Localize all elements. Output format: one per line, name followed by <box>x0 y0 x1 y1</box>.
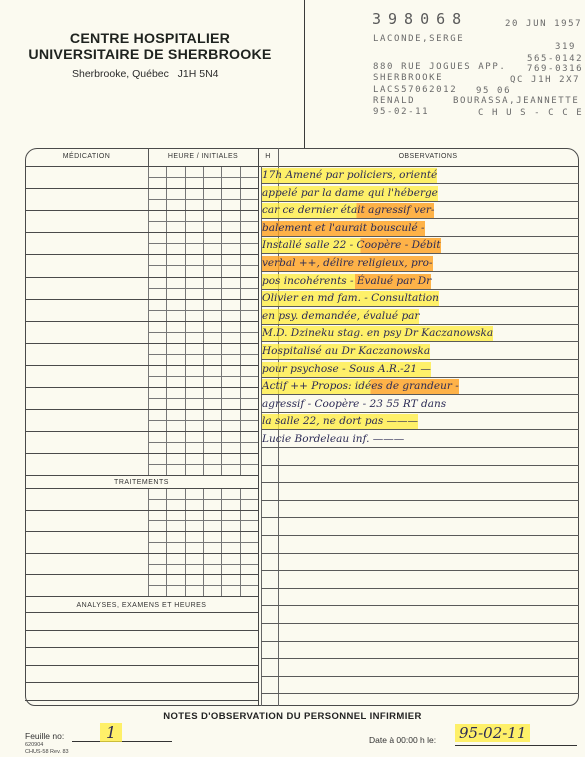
room-number: 319 <box>555 42 576 53</box>
analyses-row-line <box>25 647 258 648</box>
observation-line: en psy. demandée, évalué par <box>262 309 419 324</box>
ruled-line <box>261 183 579 184</box>
observation-line: Installé salle 22 - Coopère - Débit <box>262 238 441 253</box>
medication-row-line <box>25 553 258 554</box>
patient-city: SHERBROOKE <box>373 73 443 84</box>
medication-row-line <box>25 574 258 575</box>
sheet-number-label: Feuille no: <box>25 731 64 741</box>
analyses-row-line <box>25 630 258 631</box>
hour-subrow-line <box>148 354 258 355</box>
section-analyses: ANALYSES, EXAMENS ET HEURES <box>25 602 258 609</box>
institution-name: CENTRE HOSPITALIER UNIVERSITAIRE DE SHER… <box>20 31 280 63</box>
hour-subrow-line <box>148 420 258 421</box>
hour-subrow-line <box>148 177 258 178</box>
patient-province-postal: QC J1H 2X7 <box>510 75 580 86</box>
hour-subrow-line <box>148 542 258 543</box>
column-header-observations: OBSERVATIONS <box>278 153 578 160</box>
observation-line: balement et l'aurait bousculé - <box>262 221 425 236</box>
institution-line-1: CENTRE HOSPITALIER <box>20 31 280 47</box>
observation-line: car ce dernier était agressif ver- <box>262 203 434 218</box>
medication-row-line <box>25 387 258 388</box>
medication-row-line <box>25 475 258 476</box>
ruled-line <box>261 605 579 606</box>
observation-line: appelé par la dame qui l'héberge <box>262 186 438 201</box>
medication-row-line <box>25 188 258 189</box>
health-number: LACS57062012 <box>373 85 457 96</box>
ruled-line <box>261 641 579 642</box>
hour-subrow-line <box>148 442 258 443</box>
medication-row-line <box>25 510 258 511</box>
observation-line: M.D. Dzineku stag. en psy Dr Kaczanowska <box>262 326 493 341</box>
ruled-line <box>261 236 579 237</box>
medication-row-line <box>25 365 258 366</box>
ruled-line <box>261 289 579 290</box>
ruled-line <box>261 658 579 659</box>
observation-line: verbal ++, délire religieux, pro- <box>262 256 433 271</box>
medication-row-line <box>25 299 258 300</box>
patient-name: LACONDE,SERGE <box>373 34 464 45</box>
date-value: 95-02-11 <box>455 724 530 742</box>
column-header-medication: MÉDICATION <box>25 153 148 160</box>
header-divider <box>304 0 305 148</box>
form-revision: CHUS-58 Rev. 83 <box>25 749 69 755</box>
hour-subrow-line <box>148 464 258 465</box>
analyses-row-line <box>25 665 258 666</box>
medication-row-line <box>25 166 258 167</box>
observation-line: pos incohérents - Évalué par Dr <box>262 274 431 289</box>
column-divider <box>148 148 149 166</box>
hour-subrow-line <box>148 564 258 565</box>
medication-row-line <box>25 343 258 344</box>
observation-line: agressif - Coopère - 23 55 RT dans <box>262 397 446 412</box>
parent-name: RENALD <box>373 96 415 107</box>
medication-row-line <box>25 531 258 532</box>
date-line <box>455 745 577 746</box>
hour-subrow-line <box>148 265 258 266</box>
section-treatments: TRAITEMENTS <box>25 479 258 486</box>
medication-row-line <box>25 453 258 454</box>
ruled-line <box>261 465 579 466</box>
ruled-line <box>261 693 579 694</box>
analyses-row-line <box>25 700 258 701</box>
medication-row-line <box>25 277 258 278</box>
observation-line: Actif ++ Propos: idées de grandeur - <box>262 379 459 394</box>
ruled-line <box>261 377 579 378</box>
hour-subrow-line <box>148 585 258 586</box>
ruled-line <box>261 447 579 448</box>
medication-row-line <box>25 254 258 255</box>
analyses-row-line <box>25 682 258 683</box>
ruled-line <box>261 324 579 325</box>
ruled-line <box>261 482 579 483</box>
ruled-line <box>261 588 579 589</box>
date-label: Date à 00:00 h le: <box>369 735 436 745</box>
observation-line: Olivier en md fam. - Consultation <box>262 291 439 306</box>
hour-subrow-line <box>148 332 258 333</box>
ruled-line <box>261 500 579 501</box>
ruled-line <box>261 412 579 413</box>
ruled-line <box>261 359 579 360</box>
ruled-line <box>261 201 579 202</box>
hour-subrow-line <box>148 398 258 399</box>
medication-row-line <box>25 232 258 233</box>
observation-line: pour psychose - Sous A.R.-21 — <box>262 362 431 377</box>
ruled-line <box>261 535 579 536</box>
medication-row-line <box>25 210 258 211</box>
hospital-code: C H U S - C C E <box>478 108 583 119</box>
hour-subrow-line <box>148 499 258 500</box>
record-number: 398068 <box>372 14 468 25</box>
hour-subrow-line <box>148 376 258 377</box>
admission-date: 95-02-11 <box>373 107 429 118</box>
column-header-hours-initials: HEURE / INITIALES <box>148 153 258 160</box>
medication-row-line <box>25 596 258 597</box>
ruled-line <box>261 271 579 272</box>
medication-row-line <box>25 431 258 432</box>
column-header-h: H <box>258 153 278 160</box>
observation-line: la salle 22, ne dort pas ——— <box>262 414 418 429</box>
medication-row-line <box>25 409 258 410</box>
ruled-line <box>261 570 579 571</box>
form-title: NOTES D'OBSERVATION DU PERSONNEL INFIRMI… <box>0 711 585 722</box>
observation-line: Lucie Bordeleau inf. ——— <box>262 432 404 447</box>
mother-name: BOURASSA,JEANNETTE <box>453 96 579 107</box>
institution-line-2: UNIVERSITAIRE DE SHERBROOKE <box>20 47 280 63</box>
observation-line: 17h Amené par policiers, orienté <box>262 168 437 183</box>
institution-address: Sherbrooke, Québec J1H 5N4 <box>72 68 219 80</box>
analyses-header-line <box>25 612 258 613</box>
hour-subrow-line <box>148 221 258 222</box>
ruled-line <box>261 553 579 554</box>
ruled-line <box>261 676 579 677</box>
ruled-line <box>261 517 579 518</box>
column-divider-main <box>258 148 259 706</box>
hour-subrow-line <box>148 243 258 244</box>
ruled-line <box>261 623 579 624</box>
birth-date: 20 JUN 1957 <box>505 19 582 30</box>
hour-subrow-line <box>148 288 258 289</box>
hour-subrow-line <box>148 199 258 200</box>
phone-2: 769-0316 <box>527 64 583 75</box>
medication-row-line <box>25 488 258 489</box>
form-code: 620904 <box>25 742 43 748</box>
hour-subrow-line <box>148 520 258 521</box>
hour-subrow-line <box>148 310 258 311</box>
observation-line: Hospitalisé au Dr Kaczanowska <box>262 344 430 359</box>
patient-address: 880 RUE JOGUES APP. <box>373 62 506 73</box>
sheet-number-value: 1 <box>100 723 122 742</box>
medication-row-line <box>25 321 258 322</box>
